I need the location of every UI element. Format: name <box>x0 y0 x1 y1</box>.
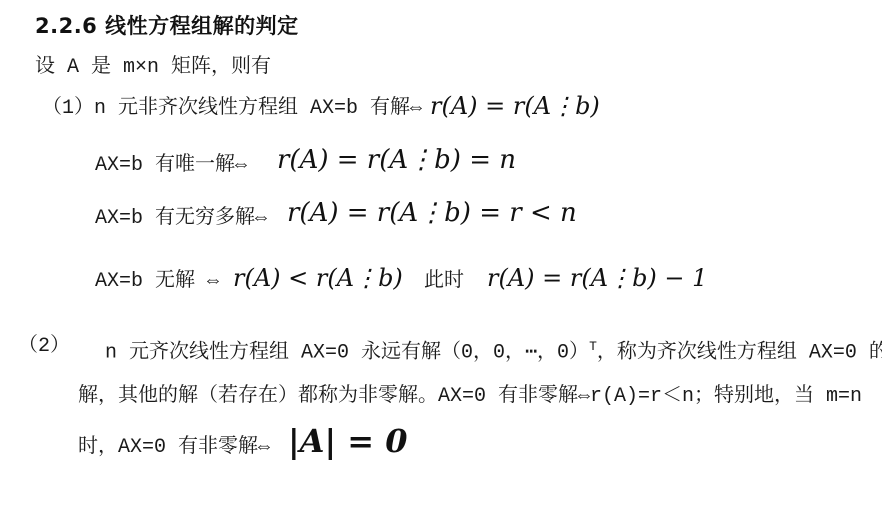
formula-consistent: r(A) = r(A⋮b) <box>430 90 600 122</box>
section2-line2-text: 解，其他的解（若存在）都称为非零解。AX=0 有非零解⇔r(A)=r＜n；特别地… <box>78 383 862 411</box>
unique-text: AX=b 有唯一解⇔ <box>95 152 247 180</box>
section2-label: （2） <box>18 333 70 361</box>
transpose-superscript: T <box>589 339 597 354</box>
page-title: 2.2.6 线性方程组解的判定 <box>35 13 299 39</box>
formula-infinite: r(A) = r(A⋮b) = r < n <box>287 196 577 230</box>
section2-line1-text: n 元齐次线性方程组 AX=0 永远有解（0，0，⋯，0）T，称为齐次线性方程组… <box>105 333 882 368</box>
section1-statement: （1）n 元非齐次线性方程组 AX=b 有解⇔ <box>42 95 422 123</box>
formula-determinant-zero: |A| = 0 <box>288 422 407 460</box>
formula-none: r(A) < r(A⋮b) <box>233 262 403 294</box>
intro-text: 设 A 是 m×n 矩阵，则有 <box>35 54 271 82</box>
formula-unique: r(A) = r(A⋮b) = n <box>277 143 516 177</box>
infinite-text: AX=b 有无穷多解⇔ <box>95 205 267 233</box>
none-text: AX=b 无解 ⇔ <box>95 268 219 296</box>
section2-line1-pre: n 元齐次线性方程组 AX=0 永远有解（0，0，⋯，0） <box>105 342 589 365</box>
formula-none-relation: r(A) = r(A⋮b) − 1 <box>487 262 707 294</box>
section2-line3-text: 时，AX=0 有非零解⇔ <box>78 434 270 462</box>
none-note: 此时 <box>424 268 464 296</box>
notes-page: 2.2.6 线性方程组解的判定 设 A 是 m×n 矩阵，则有 （1）n 元非齐… <box>0 0 882 506</box>
section2-line1-post: ，称为齐次线性方程组 AX=0 的 <box>597 342 882 365</box>
